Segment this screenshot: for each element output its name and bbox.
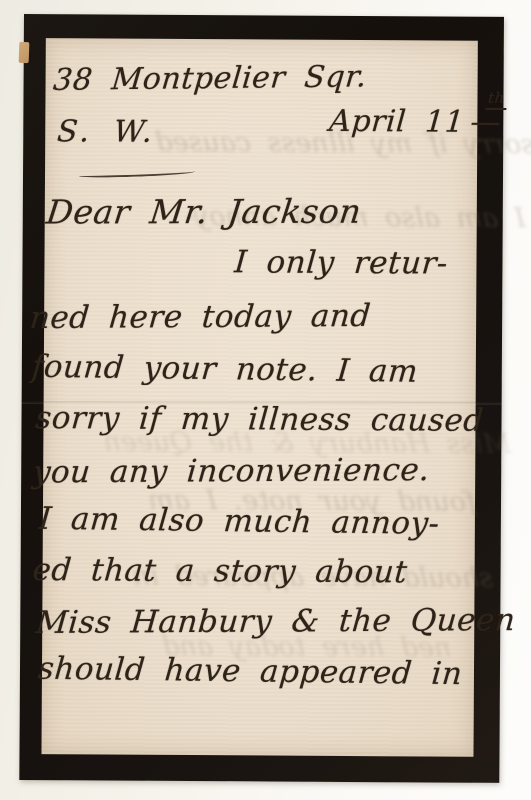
address-line-1: 38 Montpelier Sqr. [52, 59, 369, 98]
body-line: ed that a story about [31, 552, 408, 590]
body-line: found your note. I am [30, 349, 419, 390]
mourning-border-card: sorry if my illness caused I am also muc… [19, 14, 504, 783]
paper-chip [19, 42, 30, 63]
scan-background: sorry if my illness caused I am also muc… [0, 0, 531, 800]
body-line: I only retur- [233, 244, 449, 281]
body-line: Miss Hanbury & the Queen [35, 602, 517, 641]
bleedthrough-layer: sorry if my illness caused I am also muc… [46, 38, 478, 41]
letter-paper: sorry if my illness caused I am also muc… [41, 38, 477, 757]
body-line: I am also much annoy- [38, 501, 442, 542]
body-line: you any inconvenience. [32, 452, 432, 490]
date-superscript: th [485, 89, 507, 110]
body-line: sorry if my illness caused [34, 400, 485, 439]
date-main: April 11 [328, 104, 466, 140]
body-line: should have appeared in [37, 651, 464, 693]
body-line: ned here today and [29, 298, 373, 336]
flourish-underline [79, 169, 195, 178]
address-line-2: S. W. [56, 114, 156, 150]
date-line: April 11th— [328, 104, 502, 140]
salutation-line: Dear Mr. Jackson [44, 192, 363, 232]
date-dash: — [469, 105, 502, 140]
letter-body: I only retur- ned here today and found y… [46, 38, 478, 41]
